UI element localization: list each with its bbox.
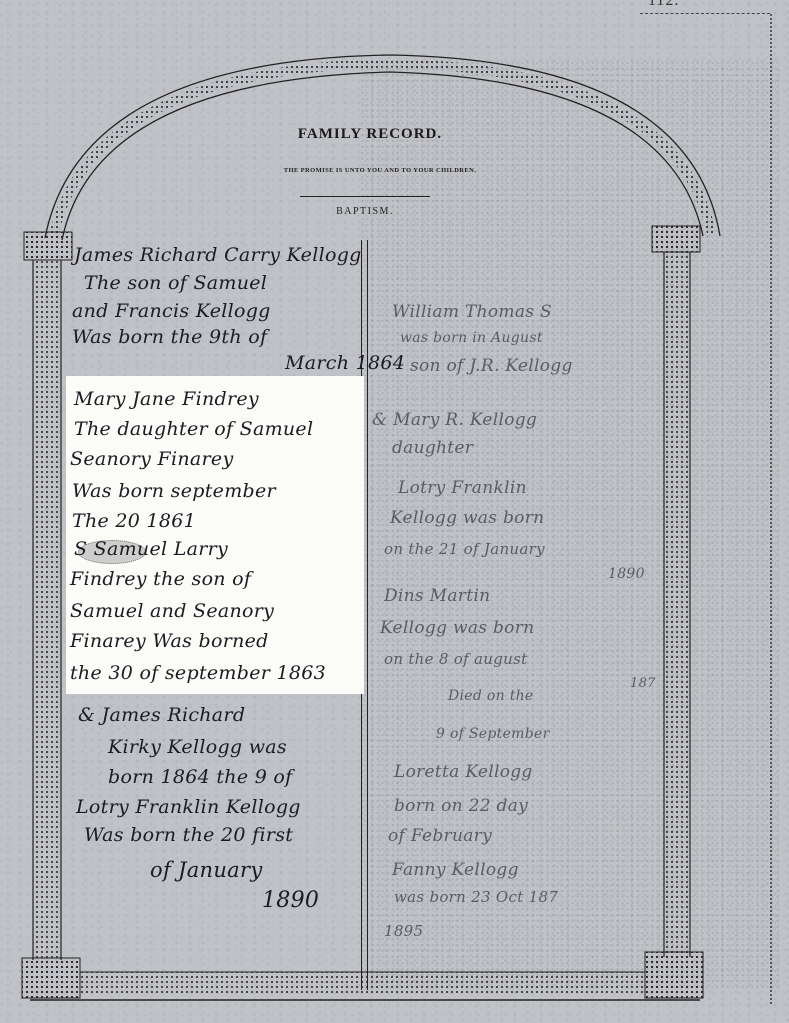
handwritten-line: Died on the xyxy=(448,688,534,704)
handwritten-line: daughter xyxy=(392,438,473,458)
handwritten-line: of January xyxy=(150,858,263,882)
handwritten-line: Fanny Kellogg xyxy=(392,860,519,880)
handwritten-line: William Thomas S xyxy=(392,302,552,322)
handwritten-line: S Samuel Larry xyxy=(74,538,228,560)
handwritten-line: of February xyxy=(388,826,492,846)
page-title: FAMILY RECORD. xyxy=(270,126,470,143)
handwritten-line: 187 xyxy=(630,676,656,691)
handwritten-line: James Richard Carry Kellogg xyxy=(74,244,362,266)
handwritten-line: & James Richard xyxy=(78,704,245,726)
handwritten-line: Samuel and Seanory xyxy=(70,600,274,622)
handwritten-line: was born in August xyxy=(400,330,543,346)
handwritten-line: 1890 xyxy=(262,888,319,913)
handwritten-line: 9 of September xyxy=(436,726,550,742)
handwritten-line: Seanory Finarey xyxy=(70,448,234,470)
handwritten-line: Kellogg was born xyxy=(390,508,544,528)
handwritten-line: the 30 of september 1863 xyxy=(70,662,326,684)
document-page: 112. FAMILY RECORD. THE PR xyxy=(0,0,789,1023)
handwritten-line: The daughter of Samuel xyxy=(74,418,313,440)
handwritten-line: 1895 xyxy=(384,922,423,940)
handwritten-line: Lotry Franklin Kellogg xyxy=(76,796,301,818)
handwritten-line: Dins Martin xyxy=(384,586,490,606)
handwritten-line: Kirky Kellogg was xyxy=(108,736,287,758)
handwritten-line: Finarey Was borned xyxy=(70,630,269,652)
section-heading: BAPTISM. xyxy=(300,206,430,217)
handwritten-line: Was born september xyxy=(72,480,276,502)
handwritten-line: Kellogg was born xyxy=(380,618,534,638)
handwritten-line: Was born the 9th of xyxy=(72,326,267,348)
handwritten-line: Was born the 20 first xyxy=(84,824,293,846)
title-rule xyxy=(300,196,430,197)
handwritten-line: son of J.R. Kellogg xyxy=(410,356,573,376)
handwritten-line: The son of Samuel xyxy=(84,272,267,294)
handwritten-line: Mary Jane Findrey xyxy=(74,388,259,410)
handwritten-line: Lotry Franklin xyxy=(398,478,527,498)
handwritten-line: The 20 1861 xyxy=(72,510,196,532)
page-subtitle: THE PROMISE IS UNTO YOU AND TO YOUR CHIL… xyxy=(240,167,520,174)
handwritten-line: Loretta Kellogg xyxy=(394,762,533,782)
handwritten-line: was born 23 Oct 187 xyxy=(394,888,558,906)
handwritten-line: and Francis Kellogg xyxy=(72,300,271,322)
handwritten-line: & Mary R. Kellogg xyxy=(372,410,537,430)
handwritten-line: on the 8 of august xyxy=(384,650,527,668)
handwritten-line: 1890 xyxy=(608,566,645,582)
handwritten-line: born on 22 day xyxy=(394,796,528,816)
handwritten-line: March 1864 xyxy=(285,352,405,374)
handwritten-line: born 1864 the 9 of xyxy=(108,766,293,788)
handwritten-line: Findrey the son of xyxy=(70,568,251,590)
handwritten-line: on the 21 of January xyxy=(384,540,545,558)
